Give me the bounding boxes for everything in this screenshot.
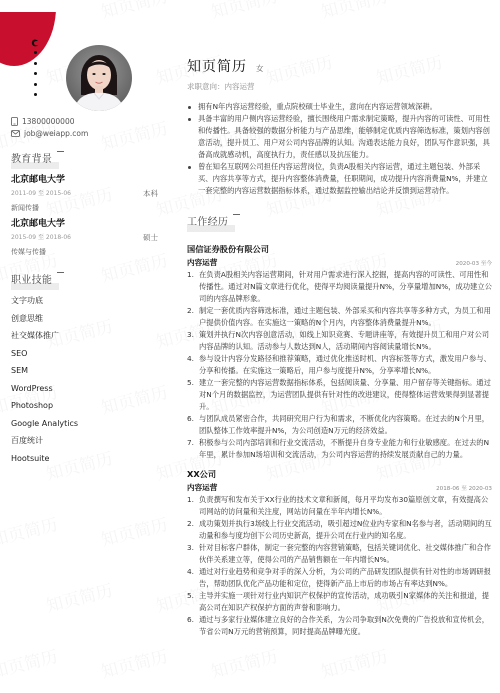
- education-period: 2015-09 至 2018-06: [11, 232, 71, 243]
- duty-item: 7.积极参与公司内部培训和行业交流活动，不断提升自身专业能力和行业敏感度。在过去…: [187, 437, 492, 461]
- watermark-text: 知页简历: [98, 114, 170, 155]
- summary-item: 曾在知名互联网公司担任内容运营岗位，负责A股相关内容运营，通过主题包装、外部采买…: [187, 161, 492, 197]
- education-heading: 教育背景: [11, 154, 52, 165]
- duty-item: 3.针对目标客户群体，制定一套完整的内容营销策略，包括关键词优化、社交媒体推广和…: [187, 542, 492, 566]
- email-row: job@weiapp.com: [11, 128, 88, 141]
- heading-dash: [57, 272, 64, 273]
- avatar: [66, 45, 132, 111]
- education-period: 2011-09 至 2015-06: [11, 188, 71, 199]
- phone-icon: [11, 117, 18, 126]
- work-heading: 工作经历: [187, 217, 228, 228]
- watermark-text: 知页简历: [318, 0, 390, 23]
- duty-item: 5.主导并实施一项针对行业内知识产权保护的宣传活动，成功吸引N家媒体的关注和报道…: [187, 590, 492, 614]
- skills-heading: 职业技能: [11, 275, 52, 286]
- duty-list: 1.在负责A股相关内容运营期间，针对用户需求进行深入挖掘，提高内容的可读性、可用…: [187, 269, 492, 461]
- school-name: 北京邮电大学: [11, 216, 156, 229]
- skill-item: Hootsuite: [11, 450, 156, 468]
- skill-item: Photoshop: [11, 397, 156, 415]
- duty-item: 6.与团队成员紧密合作，共同研究用户行为和需求，不断优化内容策略。在过去的N个月…: [187, 413, 492, 437]
- duty-item: 4.通过对行业趋势和竞争对手的深入分析，为公司的产品研发团队提供有针对性的市场调…: [187, 566, 492, 590]
- education-item: 北京邮电大学 2011-09 至 2015-06 本科 新闻传播: [11, 172, 156, 213]
- job-role: 内容运营: [187, 482, 217, 493]
- skills-section-title: 职业技能: [11, 271, 156, 286]
- job-period: 2020-03 至今: [456, 259, 492, 267]
- school-name: 北京邮电大学: [11, 172, 156, 185]
- job-intent: 求职意向：内容运营: [187, 81, 492, 92]
- decorative-swirl-icon: [29, 38, 41, 50]
- left-column: 教育背景 北京邮电大学 2011-09 至 2015-06 本科 新闻传播 北京…: [11, 150, 156, 467]
- job-role: 内容运营: [187, 257, 217, 268]
- duty-item: 6.通过与多家行业媒体建立良好的合作关系，为公司争取到N次免费的广告投放和宣传机…: [187, 614, 492, 638]
- watermark-text: 知页简历: [98, 642, 170, 683]
- major: 传媒与传播: [11, 247, 156, 257]
- duty-list: 1.负责撰写和发布关于XX行业的技术文章和新闻，每月平均发布30篇原创文章，有效…: [187, 494, 492, 638]
- watermark-text: 知页简历: [318, 642, 390, 683]
- skill-item: Google Analytics: [11, 415, 156, 433]
- company-name: 国信证券股份有限公司: [187, 244, 492, 255]
- watermark-text: 知页简历: [98, 510, 170, 551]
- duty-item: 2.成功策划并执行3场线上行业交流活动，吸引超过N位业内专家和N名参与者，活动期…: [187, 518, 492, 542]
- heading-dash: [57, 151, 64, 152]
- decorative-dots: [34, 51, 37, 104]
- duty-item: 4.参与设计内容分发路径和推荐策略，通过优化推送时机、内容标签等方式，激发用户参…: [187, 353, 492, 377]
- job-entry: XX公司 内容运营 2018-06 至 2020-03 1.负责撰写和发布关于X…: [187, 469, 492, 638]
- summary-item: 具备丰富的用户侧内容运营经验，擅长围绕用户需求制定策略，提升内容的可读性、可用性…: [187, 113, 492, 161]
- phone-number[interactable]: 13800000000: [22, 117, 75, 126]
- watermark-text: 知页简历: [98, 0, 170, 23]
- candidate-name: 知页简历: [187, 56, 247, 76]
- summary-list: 拥有N年内容运营经验，重点院校硕士毕业生，意向在内容运营领域深耕。 具备丰富的用…: [187, 101, 492, 197]
- company-name: XX公司: [187, 469, 492, 480]
- skills-list: 文字功底 创意思维 社交媒体推广 SEO SEM WordPress Photo…: [11, 292, 156, 467]
- mail-icon: [11, 130, 20, 137]
- job-entry: 国信证券股份有限公司 内容运营 2020-03 至今 1.在负责A股相关内容运营…: [187, 244, 492, 461]
- contact-info: 13800000000 job@weiapp.com: [11, 115, 88, 140]
- heading-dash: [233, 214, 240, 215]
- skill-item: WordPress: [11, 380, 156, 398]
- degree: 硕士: [143, 232, 158, 243]
- summary-item: 拥有N年内容运营经验，重点院校硕士毕业生，意向在内容运营领域深耕。: [187, 101, 492, 113]
- gender: 女: [256, 63, 264, 74]
- right-column: 知页简历 女 求职意向：内容运营 拥有N年内容运营经验，重点院校硕士毕业生，意向…: [187, 56, 492, 638]
- duty-item: 1.在负责A股相关内容运营期间，针对用户需求进行深入挖掘，提高内容的可读性、可用…: [187, 269, 492, 305]
- skill-item: 社交媒体推广: [11, 327, 156, 345]
- degree: 本科: [143, 188, 158, 199]
- skill-item: 创意思维: [11, 310, 156, 328]
- watermark-text: 知页简历: [208, 642, 280, 683]
- job-intent-label: 求职意向：: [187, 82, 225, 91]
- skill-item: SEO: [11, 345, 156, 363]
- watermark-text: 知页简历: [0, 642, 60, 683]
- major: 新闻传播: [11, 203, 156, 213]
- email-address[interactable]: job@weiapp.com: [24, 129, 88, 138]
- education-item: 北京邮电大学 2015-09 至 2018-06 硕士 传媒与传播: [11, 216, 156, 257]
- name-row: 知页简历 女: [187, 56, 492, 76]
- duty-item: 5.建立一套完整的内容运营数据指标体系，包括阅读量、分享量、用户留存等关键指标。…: [187, 377, 492, 413]
- skill-item: 文字功底: [11, 292, 156, 310]
- top-mask: [0, 0, 60, 12]
- duty-item: 2.制定一套优质内容筛选标准，通过主题包装、外部采买和内容共享等多种方式，为员工…: [187, 305, 492, 329]
- watermark-text: 知页简历: [0, 510, 60, 551]
- watermark-text: 知页简历: [43, 576, 115, 617]
- job-intent-value: 内容运营: [225, 82, 255, 91]
- watermark-text: 知页简历: [208, 0, 280, 23]
- job-period: 2018-06 至 2020-03: [436, 484, 492, 492]
- phone-row: 13800000000: [11, 115, 88, 128]
- duty-item: 3.策划并执行N次内容创意活动，如线上知识竞赛、专题讲座等，有效提升员工和用户对…: [187, 329, 492, 353]
- skill-item: 百度统计: [11, 432, 156, 450]
- education-section-title: 教育背景: [11, 150, 156, 165]
- work-section-title: 工作经历: [187, 213, 492, 228]
- skill-item: SEM: [11, 362, 156, 380]
- duty-item: 1.负责撰写和发布关于XX行业的技术文章和新闻，每月平均发布30篇原创文章，有效…: [187, 494, 492, 518]
